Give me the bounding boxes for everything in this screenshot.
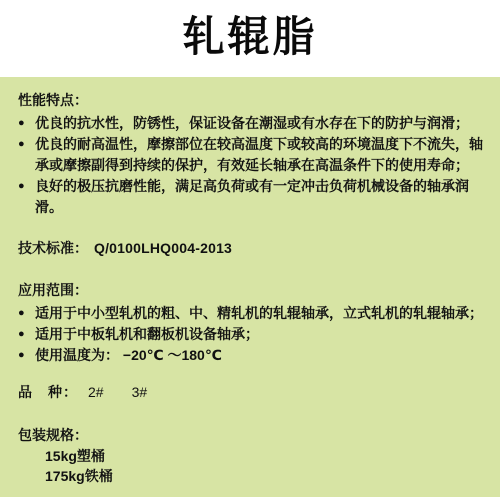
packaging-item: 15kg塑桶 bbox=[45, 446, 486, 466]
standard-label: 技术标准： bbox=[18, 238, 88, 259]
packaging-item: 175kg铁桶 bbox=[45, 466, 486, 486]
bullet-icon: ● bbox=[18, 134, 35, 155]
list-item: ● 适用于中板轧机和翻板机设备轴承； bbox=[18, 324, 486, 345]
list-item: ● 适用于中小型轧机的粗、中、精轧机的轧辊轴承，立式轧机的轧辊轴承； bbox=[18, 303, 486, 324]
features-section: 性能特点： ● 优良的抗水性，防锈性，保证设备在潮湿或有水存在下的防护与润滑； … bbox=[18, 90, 486, 218]
bullet-icon: ● bbox=[18, 303, 35, 324]
list-item: ● 使用温度为： −20℃ ～180℃ bbox=[18, 345, 486, 366]
variant-item: 2# bbox=[88, 382, 104, 403]
packaging-list: 15kg塑桶 175kg铁桶 bbox=[18, 446, 486, 486]
variants-label: 品 种： bbox=[18, 382, 78, 403]
variant-item: 3# bbox=[132, 382, 148, 403]
features-list: ● 优良的抗水性，防锈性，保证设备在潮湿或有水存在下的防护与润滑； ● 优良的耐… bbox=[18, 113, 486, 218]
packaging-heading: 包装规格： bbox=[18, 425, 486, 446]
application-text: 适用于中板轧机和翻板机设备轴承； bbox=[35, 324, 486, 345]
applications-list: ● 适用于中小型轧机的粗、中、精轧机的轧辊轴承，立式轧机的轧辊轴承； ● 适用于… bbox=[18, 303, 486, 366]
variants-section: 品 种： 2# 3# bbox=[18, 382, 486, 403]
list-item: ● 优良的抗水性，防锈性，保证设备在潮湿或有水存在下的防护与润滑； bbox=[18, 113, 486, 134]
content-panel: 性能特点： ● 优良的抗水性，防锈性，保证设备在潮湿或有水存在下的防护与润滑； … bbox=[0, 77, 500, 497]
bullet-icon: ● bbox=[18, 113, 35, 134]
bullet-icon: ● bbox=[18, 176, 35, 197]
list-item: ● 优良的耐高温性，摩擦部位在较高温度下或较高的环境温度下不流失，轴承或摩擦副得… bbox=[18, 134, 486, 176]
page-title: 轧辊脂 bbox=[182, 16, 317, 58]
bullet-icon: ● bbox=[18, 324, 35, 345]
header: 轧辊脂 bbox=[0, 0, 500, 77]
applications-heading: 应用范围： bbox=[18, 280, 486, 301]
features-heading: 性能特点： bbox=[18, 90, 486, 111]
standard-value: Q/0100LHQ004-2013 bbox=[94, 238, 232, 259]
application-text: 使用温度为： −20℃ ～180℃ bbox=[35, 345, 486, 366]
product-sheet: 轧辊脂 性能特点： ● 优良的抗水性，防锈性，保证设备在潮湿或有水存在下的防护与… bbox=[0, 0, 500, 497]
application-text: 适用于中小型轧机的粗、中、精轧机的轧辊轴承，立式轧机的轧辊轴承； bbox=[35, 303, 486, 324]
feature-text: 优良的耐高温性，摩擦部位在较高温度下或较高的环境温度下不流失，轴承或摩擦副得到持… bbox=[35, 134, 486, 176]
list-item: ● 良好的极压抗磨性能，满足高负荷或有一定冲击负荷机械设备的轴承润滑。 bbox=[18, 176, 486, 218]
feature-text: 良好的极压抗磨性能，满足高负荷或有一定冲击负荷机械设备的轴承润滑。 bbox=[35, 176, 486, 218]
standard-section: 技术标准： Q/0100LHQ004-2013 bbox=[18, 238, 486, 259]
packaging-section: 包装规格： 15kg塑桶 175kg铁桶 bbox=[18, 425, 486, 486]
feature-text: 优良的抗水性，防锈性，保证设备在潮湿或有水存在下的防护与润滑； bbox=[35, 113, 486, 134]
applications-section: 应用范围： ● 适用于中小型轧机的粗、中、精轧机的轧辊轴承，立式轧机的轧辊轴承；… bbox=[18, 280, 486, 366]
bullet-icon: ● bbox=[18, 345, 35, 366]
